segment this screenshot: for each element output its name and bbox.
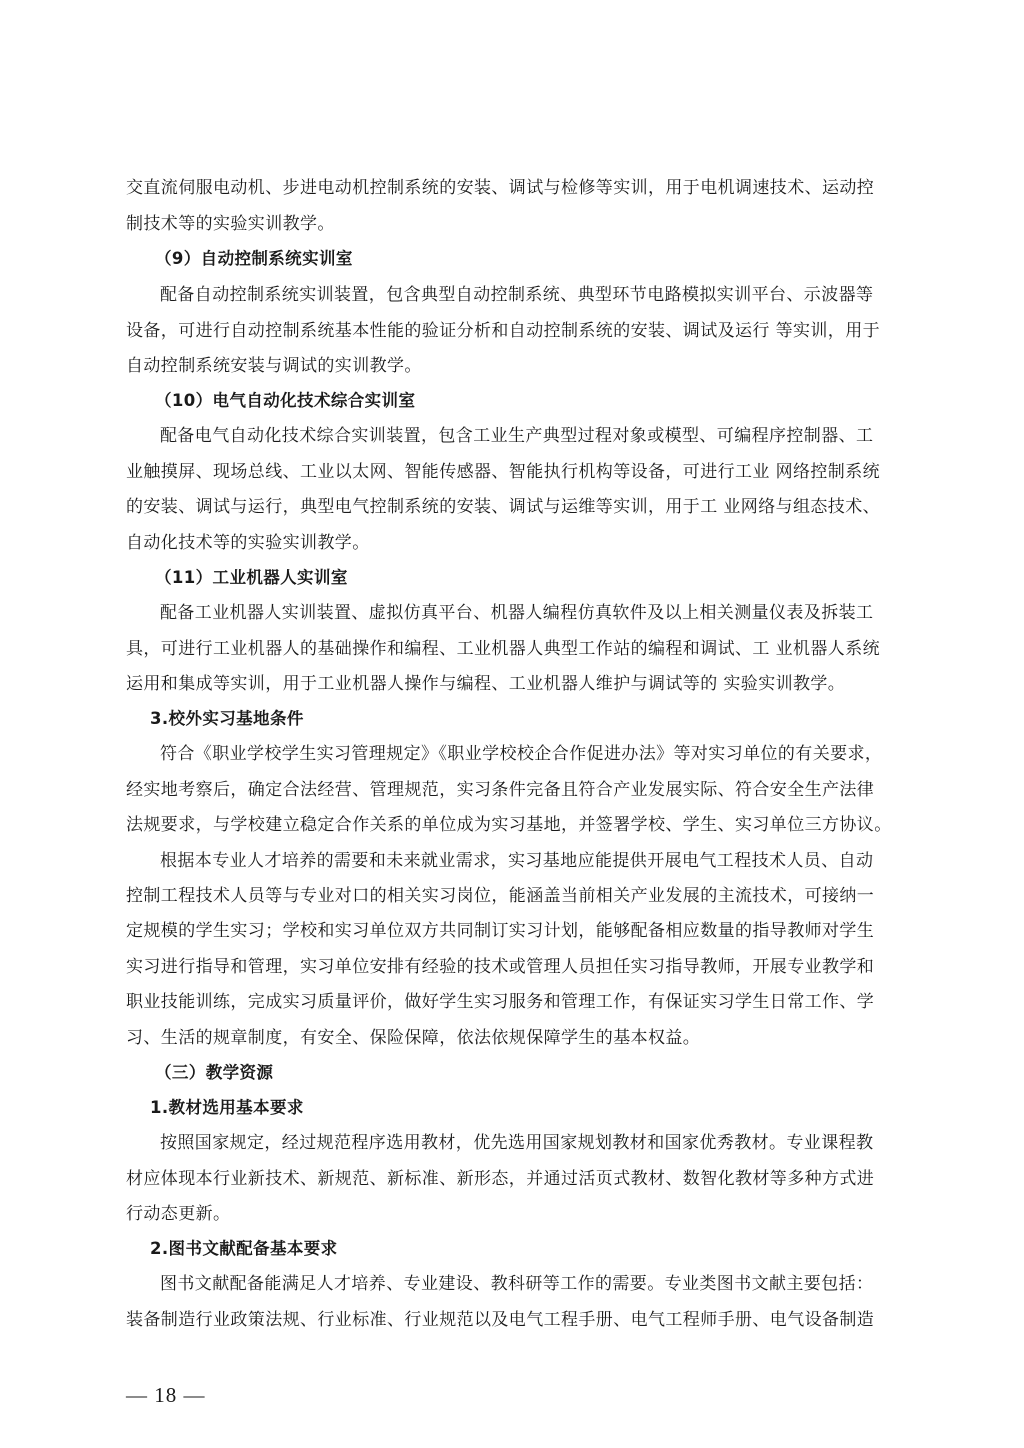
paragraph-line: 制技术等的实验实训教学。 — [126, 214, 896, 234]
paragraph-line: 控制工程技术人员等与专业对口的相关实习岗位，能涵盖当前相关产业发展的主流技术，可… — [126, 886, 896, 906]
paragraph-line: 配备自动控制系统实训装置，包含典型自动控制系统、典型环节电路模拟实训平台、示波器… — [160, 285, 930, 305]
paragraph-line: 定规模的学生实习；学校和实习单位双方共同制订实习计划，能够配备相应数量的指导教师… — [126, 921, 896, 941]
paragraph-line: 习、生活的规章制度，有安全、保险保障，依法依规保障学生的基本权益。 — [126, 1028, 896, 1048]
section-heading: （10）电气自动化技术综合实训室 — [155, 391, 925, 411]
paragraph-line: 法规要求，与学校建立稳定合作关系的单位成为实习基地，并签署学校、学生、实习单位三… — [126, 815, 896, 835]
paragraph-line: 配备电气自动化技术综合实训装置，包含工业生产典型过程对象或模型、可编程序控制器、… — [160, 426, 930, 446]
paragraph-line: 运用和集成等实训，用于工业机器人操作与编程、工业机器人维护与调试等的 实验实训教… — [126, 674, 896, 694]
paragraph-line: 符合《职业学校学生实习管理规定》《职业学校校企合作促进办法》等对实习单位的有关要… — [160, 744, 930, 764]
paragraph-line: 自动控制系统安装与调试的实训教学。 — [126, 356, 896, 376]
subsection-heading: 2.图书文献配备基本要求 — [150, 1239, 920, 1259]
subsection-heading: 3.校外实习基地条件 — [150, 709, 920, 729]
paragraph-line: 按照国家规定，经过规范程序选用教材，优先选用国家规划教材和国家优秀教材。专业课程… — [160, 1133, 930, 1153]
section-heading: （9）自动控制系统实训室 — [155, 249, 925, 269]
section-heading: （11）工业机器人实训室 — [155, 568, 925, 588]
section-heading: （三）教学资源 — [155, 1063, 925, 1083]
paragraph-line: 装备制造行业政策法规、行业标准、行业规范以及电气工程手册、电气工程师手册、电气设… — [126, 1310, 896, 1330]
paragraph-line: 行动态更新。 — [126, 1204, 896, 1224]
paragraph-line: 设备，可进行自动控制系统基本性能的验证分析和自动控制系统的安装、调试及运行 等实… — [126, 321, 896, 341]
paragraph-line: 实习进行指导和管理，实习单位安排有经验的技术或管理人员担任实习指导教师，开展专业… — [126, 957, 896, 977]
subsection-heading: 1.教材选用基本要求 — [150, 1098, 920, 1118]
paragraph-line: 自动化技术等的实验实训教学。 — [126, 533, 896, 553]
paragraph-line: 具，可进行工业机器人的基础操作和编程、工业机器人典型工作站的编程和调试、工 业机… — [126, 639, 896, 659]
page-number: — 18 — — [126, 1383, 206, 1408]
paragraph-line: 经实地考察后，确定合法经营、管理规范，实习条件完备且符合产业发展实际、符合安全生… — [126, 780, 896, 800]
paragraph-line: 根据本专业人才培养的需要和未来就业需求，实习基地应能提供开展电气工程技术人员、自… — [160, 851, 930, 871]
paragraph-line: 的安装、调试与运行，典型电气控制系统的安装、调试与运维等实训，用于工 业网络与组… — [126, 497, 896, 517]
paragraph-line: 材应体现本行业新技术、新规范、新标准、新形态，并通过活页式教材、数智化教材等多种… — [126, 1169, 896, 1189]
document-page: 交直流伺服电动机、步进电动机控制系统的安装、调试与检修等实训，用于电机调速技术、… — [0, 0, 1024, 1448]
paragraph-line: 业触摸屏、现场总线、工业以太网、智能传感器、智能执行机构等设备，可进行工业 网络… — [126, 462, 896, 482]
paragraph-line: 配备工业机器人实训装置、虚拟仿真平台、机器人编程仿真软件及以上相关测量仪表及拆装… — [160, 603, 930, 623]
paragraph-line: 交直流伺服电动机、步进电动机控制系统的安装、调试与检修等实训，用于电机调速技术、… — [126, 178, 896, 198]
paragraph-line: 职业技能训练，完成实习质量评价，做好学生实习服务和管理工作，有保证实习学生日常工… — [126, 992, 896, 1012]
paragraph-line: 图书文献配备能满足人才培养、专业建设、教科研等工作的需要。专业类图书文献主要包括… — [160, 1274, 930, 1294]
